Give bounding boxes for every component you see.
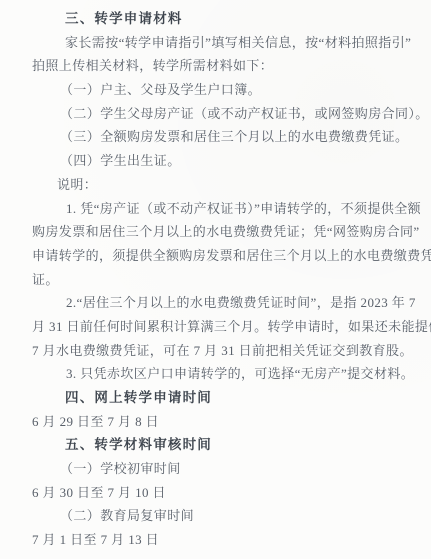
section3-item-1: （一）户主、父母及学生户口簿。 [32, 78, 427, 102]
note1-line2: 购房发票和居住三个月以上的水电费缴费凭证；凭“网签购房合同” [32, 220, 427, 244]
note2-line1: 2.“居住三个月以上的水电费缴费凭证时间”，是指 2023 年 7 [32, 291, 427, 315]
school-review-date: 6 月 30 日至 7 月 10 日 [32, 481, 427, 505]
section4-date: 6 月 29 日至 7 月 8 日 [32, 410, 427, 434]
note1-line4: 证。 [32, 268, 427, 292]
bureau-review-label: （二）教育局复审时间 [32, 504, 427, 528]
notes-label: 说明： [32, 173, 427, 197]
section3-item-4: （四）学生出生证。 [32, 149, 427, 173]
note1-line3: 申请转学的，须提供全额购房发票和居住三个月以上的水电费缴费凭 [32, 244, 427, 268]
note3-line: 3. 只凭赤坎区户口申请转学的，可选择“无房产”提交材料。 [32, 362, 427, 386]
section3-heading: 三、转学申请材料 [32, 7, 427, 31]
section4-heading: 四、网上转学申请时间 [32, 386, 427, 410]
bureau-review-date: 7 月 1 日至 7 月 13 日 [32, 528, 427, 552]
note2-line3: 7 月水电费缴费凭证，可在 7 月 31 日前把相关凭证交到教育股。 [32, 339, 427, 363]
section5-heading: 五、转学材料审核时间 [32, 433, 427, 457]
section3-intro-line2: 拍照上传相关材料，转学所需材料如下： [32, 54, 427, 78]
note2-line2: 月 31 日前任何时间累积计算满三个月。转学申请时，如果还未能提供 [32, 315, 427, 339]
school-review-label: （一）学校初审时间 [32, 457, 427, 481]
note1-line1: 1. 凭“房产证（或不动产权证书）”申请转学的，不须提供全额 [32, 197, 427, 221]
scanned-document-page: 三、转学申请材料 家长需按“转学申请指引”填写相关信息，按“材料拍照指引” 拍照… [0, 0, 431, 559]
section3-item-2: （二）学生父母房产证（或不动产权证书，或网签购房合同）。 [32, 102, 427, 126]
section3-item-3: （三）全额购房发票和居住三个月以上的水电费缴费凭证。 [32, 125, 427, 149]
section3-intro-line1: 家长需按“转学申请指引”填写相关信息，按“材料拍照指引” [32, 31, 427, 55]
